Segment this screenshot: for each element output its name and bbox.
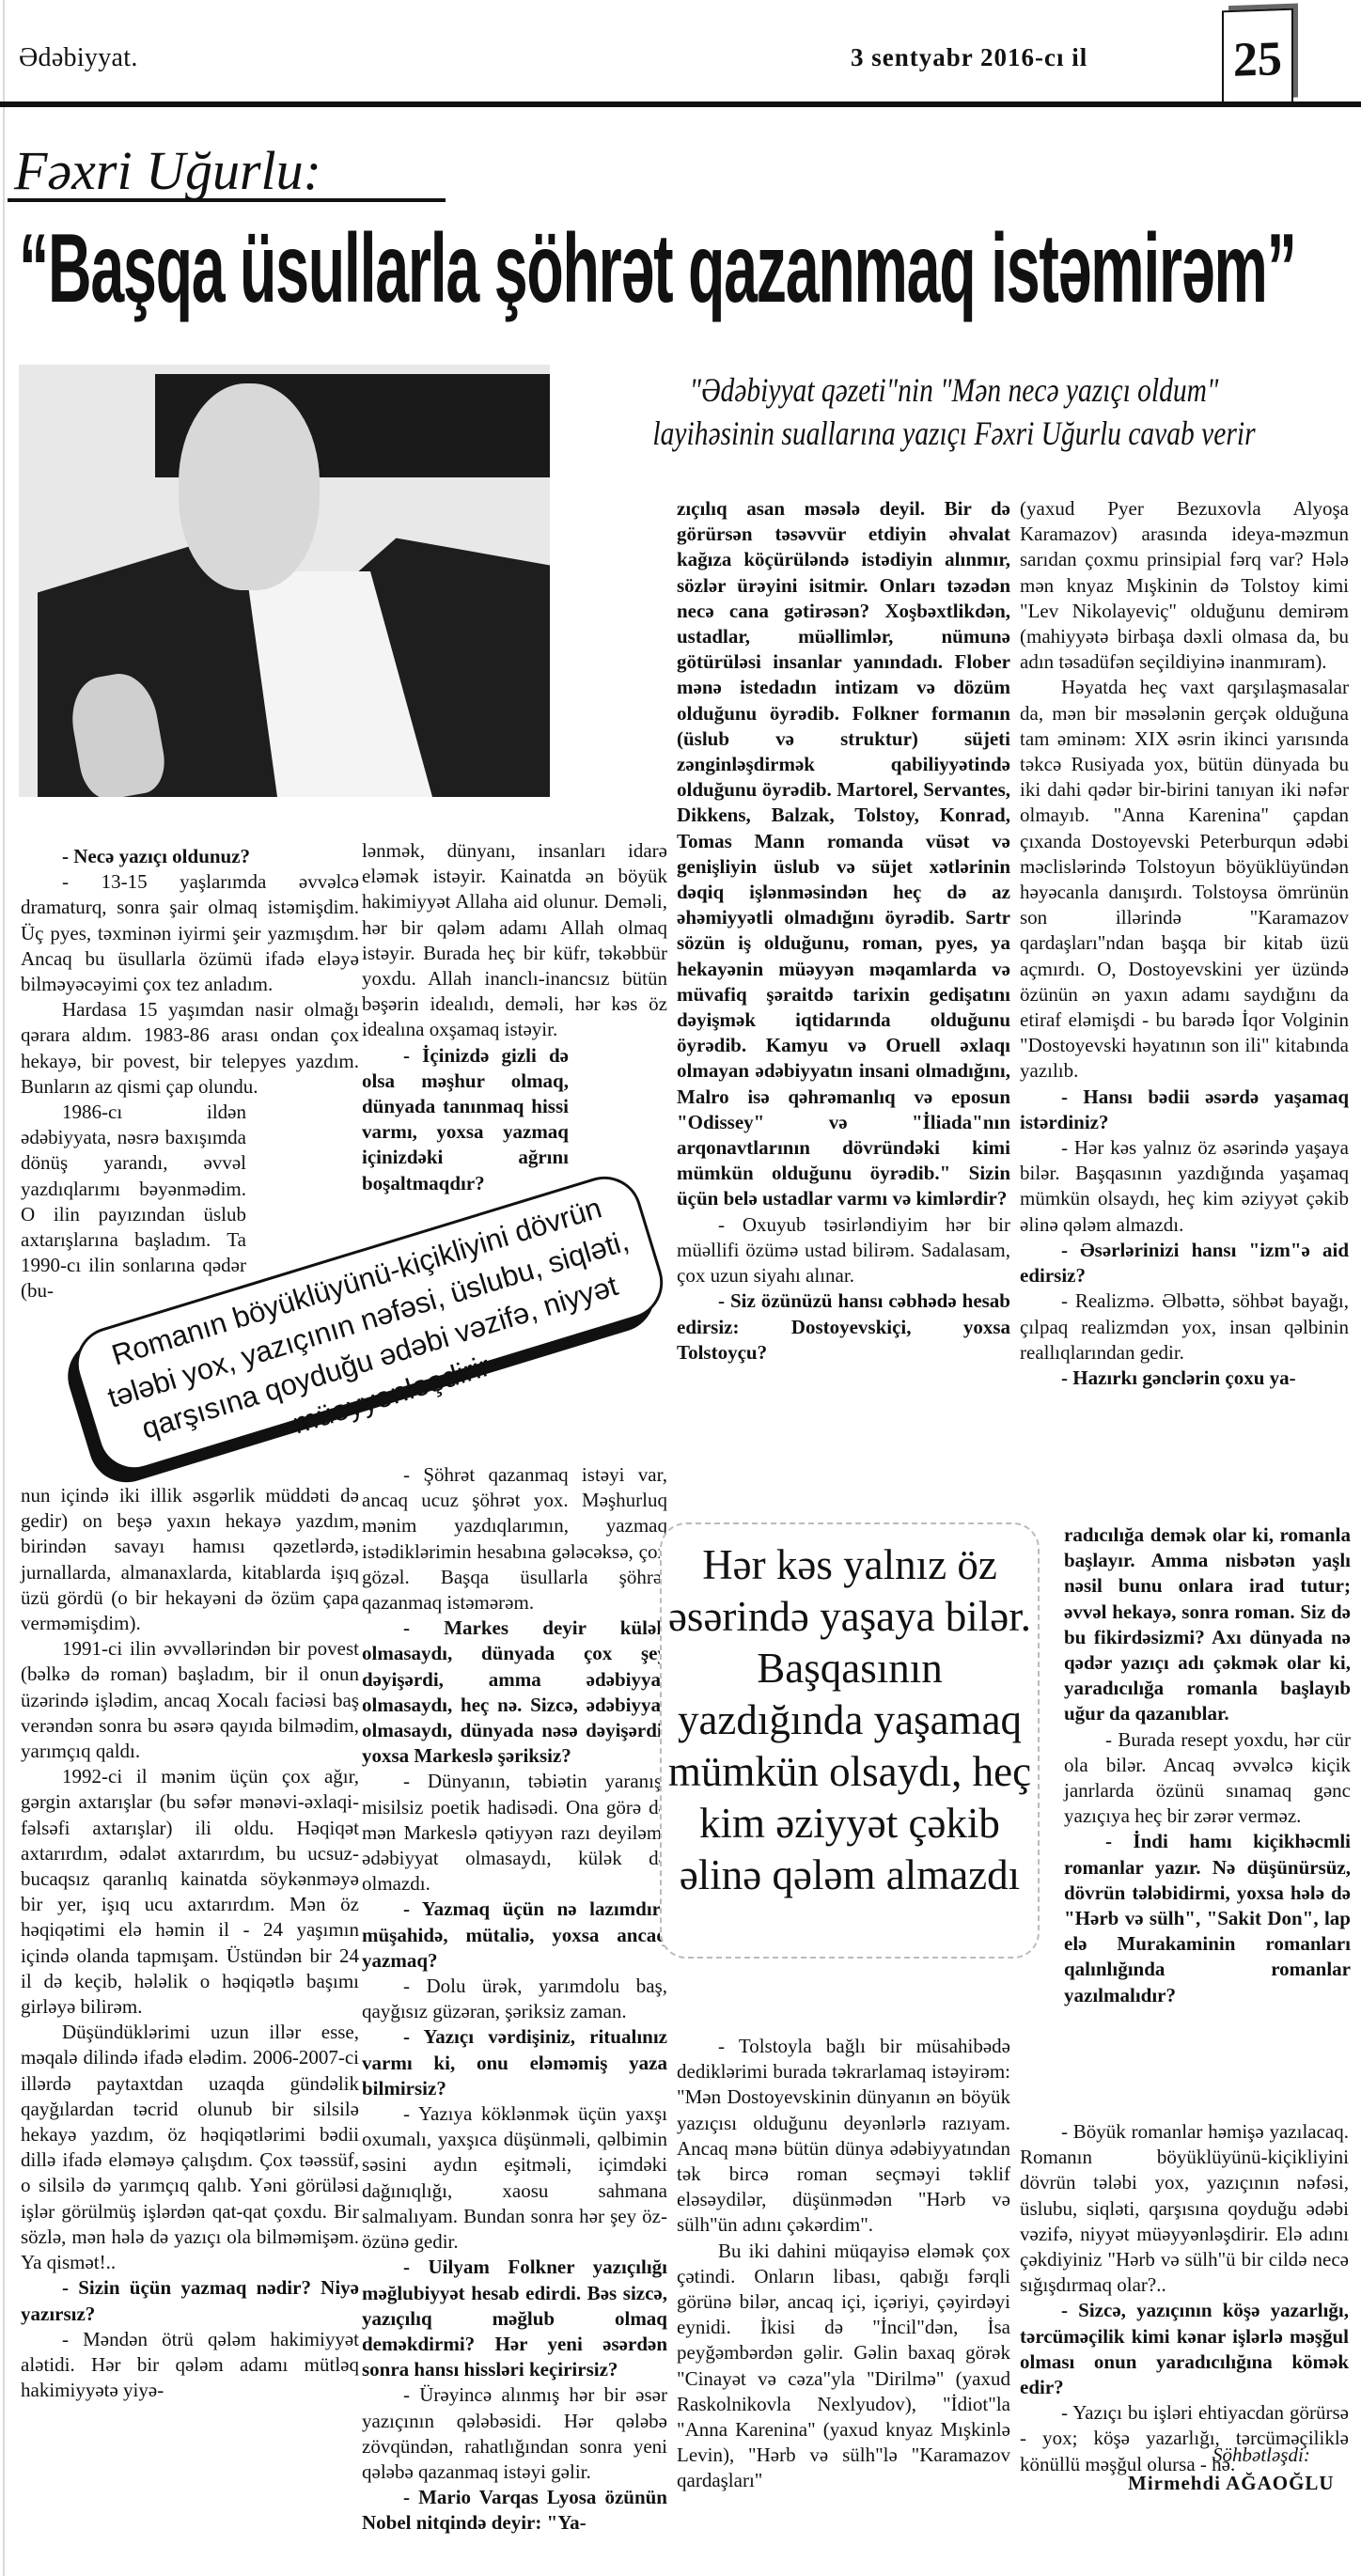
highlight-quote-text: Hər kəs yalnız öz əsərində yaşaya bilər.… xyxy=(667,1539,1032,1901)
column-3-bottom: - Tolstoyla bağlı bir müsahibədə dediklə… xyxy=(677,2034,1010,2494)
headline: “Başqa üsullarla şöhrət qazanmaq istəmir… xyxy=(19,218,840,320)
answer-paragraph: Həyatda heç vaxt qarşılaşmasalar da, mən… xyxy=(1020,675,1349,1084)
question: - Yazıçı vərdişiniz, ritualınız varmı ki… xyxy=(362,2024,667,2101)
question: - Hazırkı gənclərin çoxu ya- xyxy=(1020,1366,1349,1391)
answer-paragraph: - Hər kəs yalnız öz əsərində yaşaya bilə… xyxy=(1020,1135,1349,1238)
highlight-quote-box: Hər kəs yalnız öz əsərində yaşaya bilər.… xyxy=(660,1522,1040,1959)
question: - Sizcə, yazıçının köşə yazarlığı, tərcü… xyxy=(1020,2298,1349,2400)
question: - Sizin üçün yazmaq nədir? Niyə yazırsız… xyxy=(21,2275,359,2326)
question: - Siz özünüzü hansı cəbhədə hesab edirsi… xyxy=(677,1288,1010,1366)
column-2-top: lənmək, dünyanı, insanları idarə eləmək … xyxy=(362,838,667,1196)
answer-paragraph: - Şöhrət qazanmaq istəyi var, ancaq ucuz… xyxy=(362,1462,667,1616)
question: - Necə yazıçı oldunuz? xyxy=(21,844,359,869)
page-number: 25 xyxy=(1224,31,1291,89)
answer-paragraph: - Dünyanın, təbiətin yaranışı misilsiz p… xyxy=(362,1769,667,1897)
column-3-top: zıçılıq asan məsələ deyil. Bir də görürs… xyxy=(677,496,1010,1366)
masthead-divider xyxy=(0,101,1361,107)
answer-paragraph: - Dolu ürək, yarımdolu baş, qayğısız güz… xyxy=(362,1974,667,2024)
question: - Əsərlərinizi hansı "izm"ə aid edirsiz? xyxy=(1020,1238,1349,1288)
page-edge-rule xyxy=(3,0,5,2576)
kicker-underline xyxy=(8,198,446,202)
answer-paragraph: - 13-15 yaşlarımda əvvəlcə dramaturq, so… xyxy=(21,869,359,997)
issue-date: 3 sentyabr 2016-cı il xyxy=(851,43,1087,72)
answer-paragraph: nun içində iki illik əsgərlik müddəti də… xyxy=(21,1483,359,1636)
question: - Mario Varqas Lyosa özünün Nobel nitqin… xyxy=(362,2485,667,2536)
answer-paragraph: - Yazıya köklənmək üçün yaxşı oxumalı, y… xyxy=(362,2101,667,2255)
answer-paragraph: - Ürəyincə alınmış hər bir əsər yazıçını… xyxy=(362,2382,667,2485)
section-name: Ədəbiyyat. xyxy=(19,43,138,73)
byline-name: Mirmehdi AĞAOĞLU xyxy=(1128,2472,1335,2495)
byline-label: Söhbətləşdi: xyxy=(1212,2443,1310,2467)
answer-paragraph: - Məndən ötrü qələm hakimiyyət alətidi. … xyxy=(21,2327,359,2404)
answer-paragraph: Hardasa 15 yaşımdan nasir olmağı qərara … xyxy=(21,997,359,1100)
answer-paragraph: - Burada resept yoxdu, hər cür ola bilər… xyxy=(1064,1727,1351,1830)
answer-paragraph: 1986-cı ildən ədəbiyyata, nəsrə baxışımd… xyxy=(21,1100,246,1304)
answer-paragraph: - Oxuyub təsirləndiyim hər bir müəllifi … xyxy=(677,1212,1010,1289)
question: radıcılığa demək olar ki, romanla başlay… xyxy=(1064,1522,1351,1727)
answer-paragraph: lənmək, dünyanı, insanları idarə eləmək … xyxy=(362,838,667,1043)
page-number-calendar-icon: 25 xyxy=(1222,8,1293,107)
column-1-top: - Necə yazıçı oldunuz? - 13-15 yaşlarımd… xyxy=(21,844,359,1304)
answer-paragraph: 1991-ci ilin əvvəllərindən bir povest (b… xyxy=(21,1636,359,1764)
answer-paragraph: (yaxud Pyer Bezuxovla Alyoşa Karamazov) … xyxy=(1020,496,1349,675)
column-4-middle: radıcılığa demək olar ki, romanla başlay… xyxy=(1064,1522,1351,2008)
column-1-bottom: nun içində iki illik əsgərlik müddəti də… xyxy=(21,1483,359,2403)
column-2-bottom: - Şöhrət qazanmaq istəyi var, ancaq ucuz… xyxy=(362,1462,667,2537)
author-kicker: Fəxri Uğurlu: xyxy=(14,139,321,202)
answer-paragraph: Bu iki dahini müqayisə eləmək çox çətind… xyxy=(677,2239,1010,2494)
photo-head xyxy=(179,383,320,590)
question: - İçinizdə gizli də olsa məşhur olmaq, d… xyxy=(362,1043,569,1196)
question: - Yazmaq üçün nə lazımdır: müşahidə, müt… xyxy=(362,1897,667,1974)
question: - İndi hamı kiçikhəcmli romanlar yazır. … xyxy=(1064,1829,1351,2007)
column-4-bottom: - Böyük romanlar həmişə yazılacaq. Roman… xyxy=(1020,2119,1349,2477)
answer-paragraph: - Tolstoyla bağlı bir müsahibədə dediklə… xyxy=(677,2034,1010,2239)
subheadline: "Ədəbiyyat qəzeti"nin "Mən necə yazıçı o… xyxy=(627,368,1282,455)
question: zıçılıq asan məsələ deyil. Bir də görürs… xyxy=(677,496,1010,1212)
column-4-top: (yaxud Pyer Bezuxovla Alyoşa Karamazov) … xyxy=(1020,496,1349,1391)
answer-paragraph: Düşündüklərimi uzun illər esse, məqalə d… xyxy=(21,2020,359,2275)
answer-paragraph: - Realizmə. Əlbəttə, söhbət bayağı, çılp… xyxy=(1020,1288,1349,1366)
question: - Hansı bədii əsərdə yaşamaq istərdiniz? xyxy=(1020,1085,1349,1135)
answer-paragraph: 1992-ci il mənim üçün çox ağır, gərgin a… xyxy=(21,1764,359,2020)
portrait-photo xyxy=(19,365,550,797)
answer-paragraph: - Böyük romanlar həmişə yazılacaq. Roman… xyxy=(1020,2119,1349,2298)
question: - Markes deyir külək olmasaydı, dünyada … xyxy=(362,1616,667,1769)
question: - Uilyam Folkner yazıçılığı məğlubiyyət … xyxy=(362,2255,667,2382)
